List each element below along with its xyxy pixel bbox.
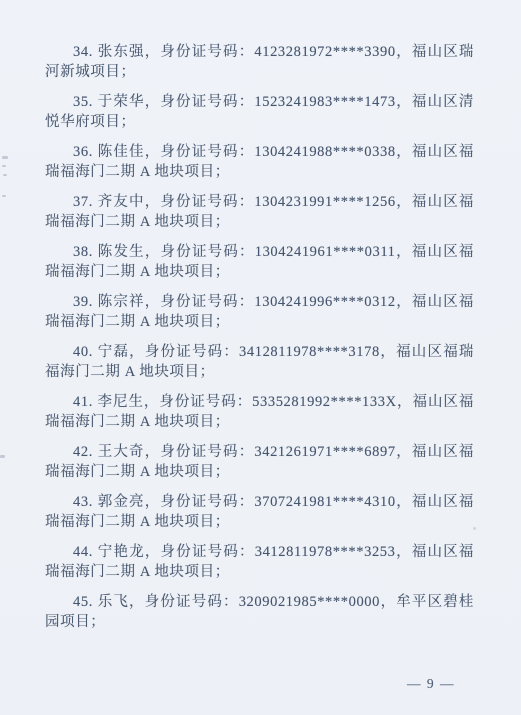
list-entry: 39. 陈宗祥，身份证号码：1304241996****0312，福山区福 瑞福…	[45, 292, 474, 332]
scan-artifact	[2, 156, 8, 159]
list-entry: 44. 宁艳龙，身份证号码：3412811978****3253，福山区福 瑞福…	[45, 542, 474, 582]
scan-artifact	[2, 165, 6, 167]
scanned-document-page: 34. 张东强，身份证号码：4123281972****3390，福山区瑞 河新…	[0, 0, 521, 715]
entry-line: 39. 陈宗祥，身份证号码：1304241996****0312，福山区福	[45, 292, 474, 312]
entry-line: 瑞福海门二期 A 地块项目；	[45, 262, 474, 282]
scan-artifact	[2, 195, 6, 197]
entry-line: 35. 于荣华，身份证号码：1523241983****1473，福山区清	[45, 92, 474, 112]
entry-line: 45. 乐飞，身份证号码：3209021985****0000，牟平区碧桂	[45, 592, 474, 612]
entry-line: 44. 宁艳龙，身份证号码：3412811978****3253，福山区福	[45, 542, 474, 562]
entry-line: 36. 陈佳佳，身份证号码：1304241988****0338，福山区福	[45, 142, 474, 162]
list-entry: 41. 李尼生，身份证号码：5335281992****133X，福山区福 瑞福…	[45, 392, 474, 432]
entry-line: 福海门二期 A 地块项目；	[45, 362, 474, 382]
list-entry: 40. 宁磊，身份证号码：3412811978****3178，福山区福瑞 福海…	[45, 342, 474, 382]
entry-line: 悦华府项目；	[45, 112, 474, 132]
entry-line: 瑞福海门二期 A 地块项目；	[45, 512, 474, 532]
list-entry: 43. 郭金亮，身份证号码：3707241981****4310，福山区福 瑞福…	[45, 492, 474, 532]
list-entry: 42. 王大奇，身份证号码：3421261971****6897，福山区福 瑞福…	[45, 442, 474, 482]
list-entry: 36. 陈佳佳，身份证号码：1304241988****0338，福山区福 瑞福…	[45, 142, 474, 182]
entry-line: 瑞福海门二期 A 地块项目；	[45, 562, 474, 582]
entry-line: 34. 张东强，身份证号码：4123281972****3390，福山区瑞	[45, 42, 474, 62]
entry-line: 瑞福海门二期 A 地块项目；	[45, 412, 474, 432]
entry-line: 43. 郭金亮，身份证号码：3707241981****4310，福山区福	[45, 492, 474, 512]
scan-artifact	[473, 527, 476, 530]
list-entry: 38. 陈发生，身份证号码：1304241961****0311，福山区福 瑞福…	[45, 242, 474, 282]
entry-line: 河新城项目；	[45, 62, 474, 82]
entry-line: 37. 齐友中，身份证号码：1304231991****1256，福山区福	[45, 192, 474, 212]
entry-line: 园项目；	[45, 612, 474, 632]
entry-line: 42. 王大奇，身份证号码：3421261971****6897，福山区福	[45, 442, 474, 462]
entry-line: 40. 宁磊，身份证号码：3412811978****3178，福山区福瑞	[45, 342, 474, 362]
scan-artifact	[3, 174, 7, 176]
scan-artifact	[0, 455, 5, 458]
entry-line: 瑞福海门二期 A 地块项目；	[45, 462, 474, 482]
list-entry: 45. 乐飞，身份证号码：3209021985****0000，牟平区碧桂 园项…	[45, 592, 474, 632]
entry-line: 38. 陈发生，身份证号码：1304241961****0311，福山区福	[45, 242, 474, 262]
entry-line: 41. 李尼生，身份证号码：5335281992****133X，福山区福	[45, 392, 474, 412]
list-entry: 37. 齐友中，身份证号码：1304231991****1256，福山区福 瑞福…	[45, 192, 474, 232]
entry-line: 瑞福海门二期 A 地块项目；	[45, 312, 474, 332]
entry-line: 瑞福海门二期 A 地块项目；	[45, 212, 474, 232]
list-entry: 35. 于荣华，身份证号码：1523241983****1473，福山区清 悦华…	[45, 92, 474, 132]
entry-list: 34. 张东强，身份证号码：4123281972****3390，福山区瑞 河新…	[45, 42, 474, 642]
list-entry: 34. 张东强，身份证号码：4123281972****3390，福山区瑞 河新…	[45, 42, 474, 82]
page-number: — 9 —	[407, 676, 455, 692]
entry-line: 瑞福海门二期 A 地块项目；	[45, 162, 474, 182]
